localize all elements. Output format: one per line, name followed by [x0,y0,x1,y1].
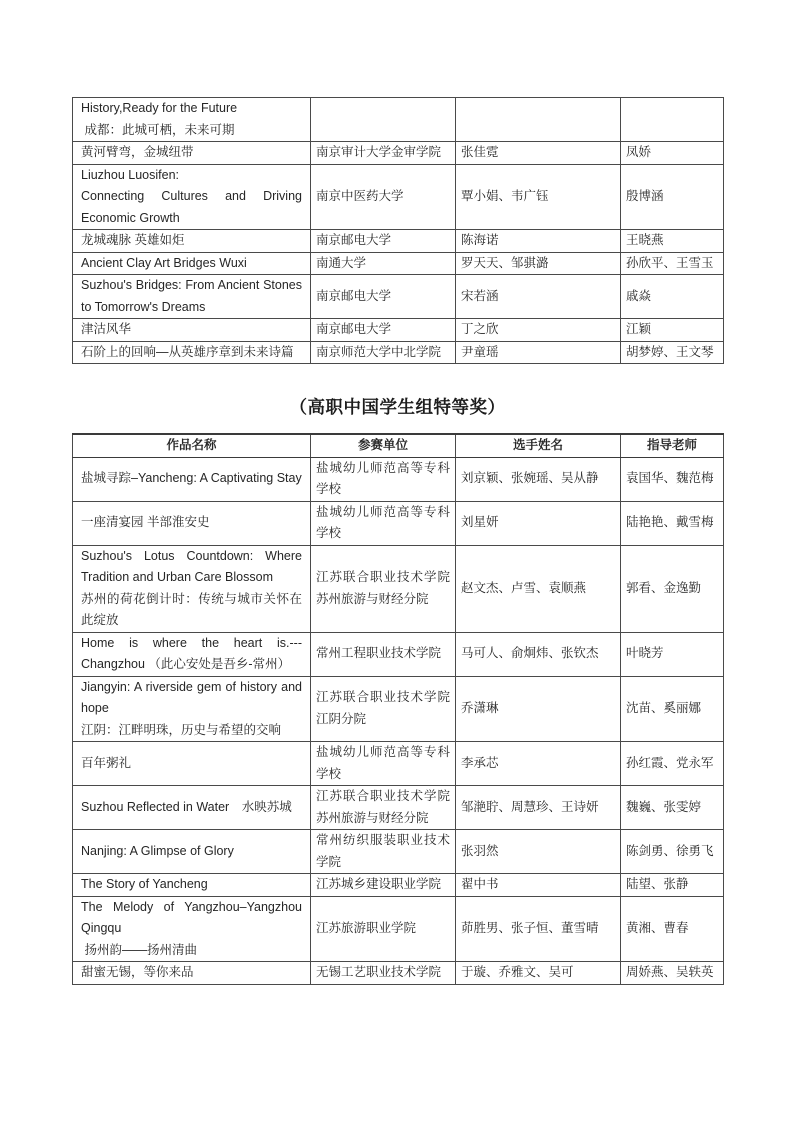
table-row: The Melody of Yangzhou–Yangzhou Qingqu 扬… [73,896,724,962]
work-cell: History,Ready for the Future 成都：此城可栖，未来可… [73,98,311,142]
column-header-contestants: 选手姓名 [456,434,621,457]
teachers-cell: 陆艳艳、戴雪梅 [621,501,724,545]
work-cell: 津沽风华 [73,319,311,342]
unit-cell: 江苏联合职业技术学院苏州旅游与财经分院 [311,545,456,632]
column-header-work: 作品名称 [73,434,311,457]
unit-cell: 南京师范大学中北学院 [311,341,456,364]
contestants-cell: 于璇、乔雅文、吴可 [456,962,621,985]
unit-cell: 江苏旅游职业学院 [311,896,456,962]
contestants-cell: 邹滟聍、周慧珍、王诗妍 [456,786,621,830]
table-row: 甜蜜无锡，等你来品 无锡工艺职业技术学院 于璇、乔雅文、吴可 周娇燕、吴轶英 [73,962,724,985]
work-cell: Suzhou's Lotus Countdown: Where Traditio… [73,545,311,632]
teachers-cell: 孙欣平、王雪玉 [621,252,724,275]
contestants-cell: 李承芯 [456,742,621,786]
contestants-cell: 覃小娟、韦广钰 [456,164,621,230]
work-cell: The Story of Yancheng [73,874,311,897]
teachers-cell [621,98,724,142]
teachers-cell: 黄湘、曹春 [621,896,724,962]
teachers-cell: 陈剑勇、徐勇飞 [621,830,724,874]
unit-cell: 常州纺织服装职业技术学院 [311,830,456,874]
document-page: History,Ready for the Future 成都：此城可栖，未来可… [0,0,794,1123]
teachers-cell: 叶晓芳 [621,632,724,676]
unit-cell: 盐城幼儿师范高等专科学校 [311,742,456,786]
table-row: 盐城寻踪–Yancheng: A Captivating Stay 盐城幼儿师范… [73,457,724,501]
table-row: Ancient Clay Art Bridges Wuxi 南通大学 罗天天、邹… [73,252,724,275]
unit-cell: 江苏联合职业技术学院苏州旅游与财经分院 [311,786,456,830]
unit-cell: 盐城幼儿师范高等专科学校 [311,457,456,501]
table-row: History,Ready for the Future 成都：此城可栖，未来可… [73,98,724,142]
unit-cell: 南京邮电大学 [311,319,456,342]
contestants-cell: 丁之欣 [456,319,621,342]
teachers-cell: 江颖 [621,319,724,342]
table-row: Jiangyin: A riverside gem of history and… [73,676,724,742]
table-row: 黄河臂弯，金城纽带 南京审计大学金审学院 张佳霓 凤娇 [73,142,724,165]
work-cell: Jiangyin: A riverside gem of history and… [73,676,311,742]
unit-cell: 南通大学 [311,252,456,275]
teachers-cell: 袁国华、魏范梅 [621,457,724,501]
work-cell: 盐城寻踪–Yancheng: A Captivating Stay [73,457,311,501]
unit-cell: 南京邮电大学 [311,230,456,253]
work-cell: 黄河臂弯，金城纽带 [73,142,311,165]
contestants-cell: 刘京颖、张婉瑶、吴从静 [456,457,621,501]
work-cell: Home is where the heart is.---Changzhou … [73,632,311,676]
teachers-cell: 魏巍、张雯婷 [621,786,724,830]
teachers-cell: 郭看、金逸勤 [621,545,724,632]
column-header-unit: 参赛单位 [311,434,456,457]
work-cell: 甜蜜无锡，等你来品 [73,962,311,985]
contestants-cell: 翟中书 [456,874,621,897]
unit-cell: 无锡工艺职业技术学院 [311,962,456,985]
work-cell: 石阶上的回响—从英雄序章到未来诗篇 [73,341,311,364]
contestants-cell: 罗天天、邹骐潞 [456,252,621,275]
unit-cell: 盐城幼儿师范高等专科学校 [311,501,456,545]
work-cell: Liuzhou Luosifen: Connecting Cultures an… [73,164,311,230]
teachers-cell: 沈苗、奚丽娜 [621,676,724,742]
contestants-cell: 宋若涵 [456,275,621,319]
table-header-row: 作品名称 参赛单位 选手姓名 指导老师 [73,434,724,457]
contestants-cell: 乔潇琳 [456,676,621,742]
table-row: 石阶上的回响—从英雄序章到未来诗篇 南京师范大学中北学院 尹童瑶 胡梦婷、王文琴 [73,341,724,364]
table-row: Nanjing: A Glimpse of Glory 常州纺织服装职业技术学院… [73,830,724,874]
table-row: 百年粥礼 盐城幼儿师范高等专科学校 李承芯 孙红霞、党永军 [73,742,724,786]
table-row: 龙城魂脉 英雄如炬 南京邮电大学 陈海诺 王晓燕 [73,230,724,253]
contestants-cell [456,98,621,142]
teachers-cell: 周娇燕、吴轶英 [621,962,724,985]
unit-cell: 南京邮电大学 [311,275,456,319]
contestants-cell: 张佳霓 [456,142,621,165]
work-cell: 龙城魂脉 英雄如炬 [73,230,311,253]
unit-cell: 江苏城乡建设职业学院 [311,874,456,897]
table-row: Suzhou's Lotus Countdown: Where Traditio… [73,545,724,632]
contestants-cell: 陈海诺 [456,230,621,253]
unit-cell: 江苏联合职业技术学院江阴分院 [311,676,456,742]
contestants-cell: 马可人、俞炯炜、张钦杰 [456,632,621,676]
contestants-cell: 赵文杰、卢雪、袁顺燕 [456,545,621,632]
section-heading: （高职中国学生组特等奖） [72,395,723,419]
contestants-cell: 张羽然 [456,830,621,874]
work-cell: 一座清宴园 半部淮安史 [73,501,311,545]
table-row: 津沽风华 南京邮电大学 丁之欣 江颖 [73,319,724,342]
work-cell: Nanjing: A Glimpse of Glory [73,830,311,874]
table-row: Suzhou's Bridges: From Ancient Stones to… [73,275,724,319]
table-row: Liuzhou Luosifen: Connecting Cultures an… [73,164,724,230]
work-cell: Suzhou's Bridges: From Ancient Stones to… [73,275,311,319]
work-cell: 百年粥礼 [73,742,311,786]
teachers-cell: 王晓燕 [621,230,724,253]
unit-cell: 常州工程职业技术学院 [311,632,456,676]
contestants-cell: 茆胜男、张子恒、董雪晴 [456,896,621,962]
teachers-cell: 陆望、张静 [621,874,724,897]
column-header-teachers: 指导老师 [621,434,724,457]
awards-table-continued: History,Ready for the Future 成都：此城可栖，未来可… [72,97,724,364]
awards-table-gaozhi-special-prize: 作品名称 参赛单位 选手姓名 指导老师 盐城寻踪–Yancheng: A Cap… [72,433,724,985]
table-row: Suzhou Reflected in Water 水映苏城 江苏联合职业技术学… [73,786,724,830]
unit-cell: 南京审计大学金审学院 [311,142,456,165]
teachers-cell: 孙红霞、党永军 [621,742,724,786]
work-cell: Ancient Clay Art Bridges Wuxi [73,252,311,275]
table-row: 一座清宴园 半部淮安史 盐城幼儿师范高等专科学校 刘星妍 陆艳艳、戴雪梅 [73,501,724,545]
contestants-cell: 尹童瑶 [456,341,621,364]
table-row: Home is where the heart is.---Changzhou … [73,632,724,676]
table-row: The Story of Yancheng 江苏城乡建设职业学院 翟中书 陆望、… [73,874,724,897]
work-cell: The Melody of Yangzhou–Yangzhou Qingqu 扬… [73,896,311,962]
contestants-cell: 刘星妍 [456,501,621,545]
teachers-cell: 胡梦婷、王文琴 [621,341,724,364]
work-cell: Suzhou Reflected in Water 水映苏城 [73,786,311,830]
teachers-cell: 凤娇 [621,142,724,165]
teachers-cell: 殷博涵 [621,164,724,230]
unit-cell: 南京中医药大学 [311,164,456,230]
unit-cell [311,98,456,142]
teachers-cell: 戚焱 [621,275,724,319]
